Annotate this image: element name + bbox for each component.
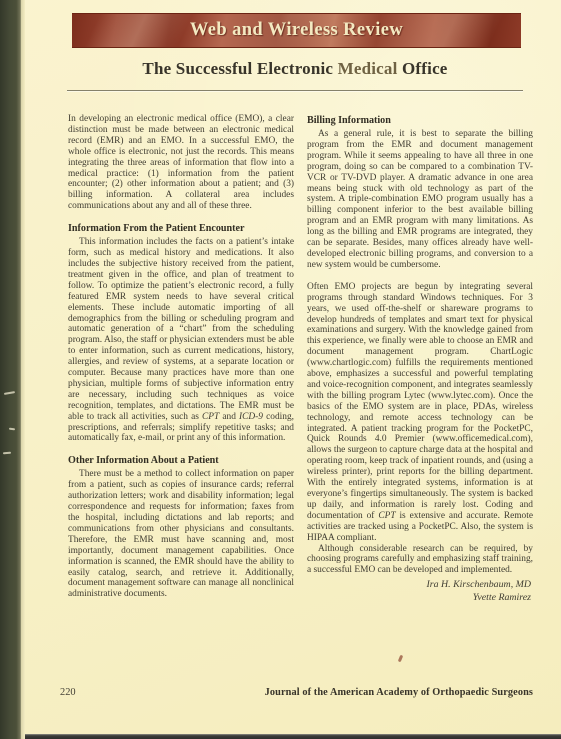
paragraph: There must be a method to collect inform… (68, 469, 294, 600)
scan-bottom-edge (0, 734, 561, 739)
paragraph: Although considerable research can be re… (307, 544, 533, 577)
paragraph: As a general rule, it is best to separat… (307, 129, 533, 271)
section-banner-title: Web and Wireless Review (190, 20, 403, 41)
page-footer: 220 Journal of the American Academy of O… (60, 687, 533, 698)
page-number: 220 (60, 687, 76, 698)
paragraph: Often EMO projects are begun by integrat… (307, 282, 533, 544)
paragraph: In developing an electronic medical offi… (68, 114, 294, 212)
section-heading: Other Information About a Patient (68, 455, 294, 467)
title-divider-rule (67, 90, 523, 91)
spine-highlight-edge (21, 0, 25, 739)
book-spine-edge (0, 0, 21, 739)
author-line: Yvette Ramirez (307, 592, 531, 604)
journal-name: Journal of the American Academy of Ortho… (265, 687, 533, 698)
section-heading: Billing Information (307, 115, 533, 127)
section-banner: Web and Wireless Review (72, 13, 521, 48)
scanned-journal-page: Web and Wireless Review The Successful E… (0, 0, 561, 739)
author-line: Ira H. Kirschenbaum, MD (307, 579, 531, 591)
paragraph-spacer (307, 271, 533, 282)
paragraph: This information includes the facts on a… (68, 237, 294, 444)
left-column: In developing an electronic medical offi… (68, 114, 294, 604)
article-title-part: Office (398, 59, 448, 78)
article-body: In developing an electronic medical offi… (68, 114, 533, 604)
section-heading: Information From the Patient Encounter (68, 223, 294, 235)
author-signature: Ira H. Kirschenbaum, MDYvette Ramirez (307, 579, 533, 604)
right-column: Billing InformationAs a general rule, it… (307, 114, 533, 604)
article-title-part: The Successful Electronic (142, 59, 337, 78)
scan-artifact-mark (398, 655, 403, 663)
article-title: The Successful Electronic Medical Office (60, 59, 530, 79)
article-title-part-accent: Medical (338, 59, 398, 78)
